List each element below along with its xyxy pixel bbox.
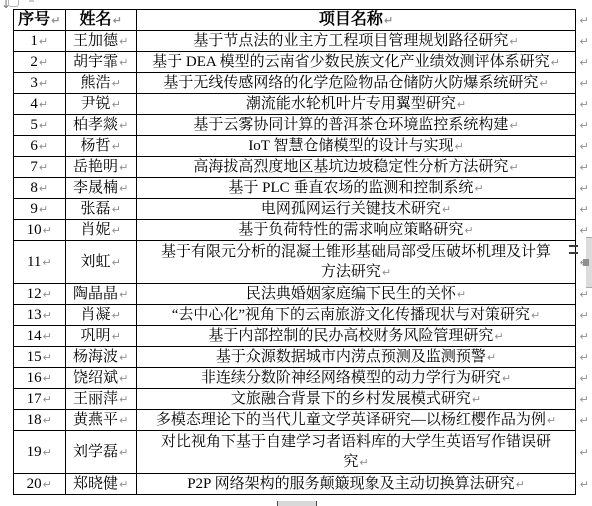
cell-end-mark: ↵ (454, 140, 463, 153)
cell-serial-number-text: 6 (30, 138, 38, 154)
cell-end-mark: ↵ (384, 14, 393, 27)
cell-end-mark: ↵ (39, 119, 48, 132)
cell-name[interactable]: 张磊↵ (65, 199, 136, 220)
row-end-mark-area: ↵ (576, 10, 592, 31)
cell-serial-number[interactable]: 16↵ (14, 368, 66, 389)
cell-end-mark: ↵ (119, 182, 128, 195)
cell-end-mark: ↵ (531, 309, 540, 322)
cell-name-text: 柏孝燚 (73, 117, 118, 133)
cell-end-mark: ↵ (551, 56, 560, 69)
cell-project[interactable]: 文旅融合背景下的乡村发展模式研究↵ (136, 389, 575, 410)
table-row: 8↵李晟楠↵基于 PLC 垂直农场的监测和控制系统↵↵ (14, 178, 592, 199)
cell-name-text: 尹锐 (81, 96, 111, 112)
row-end-mark: ↵ (579, 56, 588, 69)
cell-name[interactable]: 杨海波↵ (65, 347, 136, 368)
row-end-mark: ↵ (579, 35, 588, 48)
cell-end-mark: ↵ (119, 288, 128, 301)
cell-name-text: 陶晶晶 (73, 286, 118, 302)
cell-end-mark: ↵ (494, 330, 503, 343)
cell-end-mark: ↵ (457, 288, 466, 301)
cell-end-mark: ↵ (43, 372, 52, 385)
cell-project[interactable]: 基于 PLC 垂直农场的监测和控制系统↵ (136, 178, 575, 199)
row-end-mark: ↵ (579, 372, 588, 385)
cell-project[interactable]: 基于众源数据城市内涝点预测及监测预警↵ (136, 347, 575, 368)
cell-name-text: 王加德 (73, 33, 118, 49)
cell-serial-number-text: 3 (30, 75, 38, 91)
row-end-mark-area: ↵ (576, 326, 592, 347)
cell-serial-number[interactable]: 20↵ (14, 474, 66, 495)
cell-project-text: 基于众源数据城市内涝点预测及监测预警 (216, 349, 486, 365)
table-row: 15↵杨海波↵基于众源数据城市内涝点预测及监测预警↵↵ (14, 347, 592, 368)
cell-name-text: 刘虹 (81, 254, 111, 270)
row-end-mark: ↵ (579, 203, 588, 216)
cell-serial-number-text: 17 (27, 391, 42, 407)
cell-end-mark: ↵ (474, 182, 483, 195)
cell-serial-number[interactable]: 5↵ (14, 115, 66, 136)
cell-serial-number[interactable]: 9↵ (14, 199, 66, 220)
cell-serial-number-text: 18 (27, 412, 42, 428)
cell-end-mark: ↵ (442, 203, 451, 216)
row-end-mark: ↵ (579, 161, 588, 174)
cell-name[interactable]: 刘学磊↵ (65, 431, 136, 474)
header-project-label: 项目名称 (319, 11, 383, 28)
cell-serial-number[interactable]: 15↵ (14, 347, 66, 368)
cell-end-mark: ↵ (547, 414, 556, 427)
cell-project[interactable]: 多模态理论下的当代儿童文学英译研究—以杨红樱作品为例↵ (136, 410, 575, 431)
header-row: 序号↵ 姓名↵ 项目名称↵ ↵ (14, 10, 592, 31)
cell-name[interactable]: 肖妮↵ (65, 220, 136, 241)
row-end-mark-area: ↵ (576, 178, 592, 199)
cell-end-mark: ↵ (43, 224, 52, 237)
cell-project[interactable]: 基于无线传感网络的化学危险物品仓储防火防爆系统研究↵ (136, 73, 575, 94)
cell-name[interactable]: 熊浩↵ (65, 73, 136, 94)
row-end-mark-area: ↵ (576, 368, 592, 389)
cell-serial-number[interactable]: 2↵ (14, 52, 66, 73)
header-cell-name[interactable]: 姓名↵ (65, 10, 136, 31)
table-row: 6↵杨哲↵IoT 智慧仓储模型的设计与实现↵↵ (14, 136, 592, 157)
cell-name[interactable]: 饶绍斌↵ (65, 368, 136, 389)
row-end-mark: ↵ (579, 330, 588, 343)
cell-name-text: 刘学磊 (73, 444, 118, 460)
artifact-dash (569, 252, 578, 254)
row-end-mark-area: ↵ (576, 115, 592, 136)
cell-project[interactable]: 非连续分数阶神经网络模型的动力学行为研究↵ (136, 368, 575, 389)
cell-project-text: 基于 PLC 垂直农场的监测和控制系统 (228, 180, 473, 196)
cell-serial-number-text: 15 (27, 349, 42, 365)
cell-end-mark: ↵ (119, 161, 128, 174)
table-row: 3↵熊浩↵基于无线传感网络的化学危险物品仓储防火防爆系统研究↵↵ (14, 73, 592, 94)
cell-serial-number-text: 5 (30, 117, 38, 133)
table-row: 20↵郑晓健↵P2P 网络架构的服务颠簸现象及主动切换算法研究↵↵ (14, 474, 592, 495)
scrollbar-handle[interactable] (583, 259, 589, 266)
cell-project[interactable]: 电网孤网运行关键技术研究↵ (136, 199, 575, 220)
cell-end-mark: ↵ (43, 414, 52, 427)
row-end-mark: ↵ (579, 182, 588, 195)
row-end-mark-area: ↵ (576, 199, 592, 220)
cell-serial-number[interactable]: 18↵ (14, 410, 66, 431)
cell-serial-number-text: 4 (30, 96, 38, 112)
cell-name-text: 王丽萍 (73, 391, 118, 407)
cell-end-mark: ↵ (112, 256, 121, 269)
cell-project-text: 基于 DEA 模型的云南省少数民族文化产业绩效测评体系研究 (152, 54, 550, 70)
cell-project[interactable]: P2P 网络架构的服务颠簸现象及主动切换算法研究↵ (136, 474, 575, 495)
cell-end-mark: ↵ (359, 456, 368, 469)
horizontal-scrollbar-fragment[interactable] (277, 501, 317, 506)
cell-name[interactable]: 柏孝燚↵ (65, 115, 136, 136)
cell-end-mark: ↵ (43, 446, 52, 459)
row-end-mark-area: ↵ (576, 157, 592, 178)
cell-serial-number-text: 7 (30, 159, 38, 175)
row-end-mark-area: ↵ (576, 136, 592, 157)
cell-project[interactable]: 基于有限元分析的混凝土锥形基础局部受压破坏机理及计算方法研究↵ (136, 241, 575, 284)
cell-project-text: 基于内部控制的民办高校财务风险管理研究 (208, 328, 493, 344)
cell-serial-number-text: 13 (27, 307, 42, 323)
row-end-mark: ↵ (579, 288, 588, 301)
cell-project-text: P2P 网络架构的服务颠簸现象及主动切换算法研究 (187, 476, 514, 492)
table-move-handle[interactable] (8, 0, 19, 7)
cell-end-mark: ↵ (39, 35, 48, 48)
cell-end-mark: ↵ (119, 393, 128, 406)
cell-end-mark: ↵ (119, 119, 128, 132)
table-row: 12↵陶晶晶↵民法典婚姻家庭编下民生的关怀↵↵ (14, 284, 592, 305)
cell-end-mark: ↵ (39, 98, 48, 111)
cell-project-text: 基于负荷特性的需求响应策略研究 (238, 222, 463, 238)
cell-end-mark: ↵ (516, 478, 525, 491)
cell-project[interactable]: 潮流能水轮机叶片专用翼型研究↵ (136, 94, 575, 115)
cell-end-mark: ↵ (119, 56, 128, 69)
cell-name-text: 李晟楠 (73, 180, 118, 196)
cell-project[interactable]: 基于内部控制的民办高校财务风险管理研究↵ (136, 326, 575, 347)
row-end-mark: ↵ (579, 119, 588, 132)
cell-project-text: “去中心化”视角下的云南旅游文化传播现状与对策研究 (172, 307, 530, 323)
cell-project-text: 对比视角下基于自建学习者语料库的大学生英语写作错误研究 (161, 434, 551, 470)
header-cell-project[interactable]: 项目名称↵ (136, 10, 575, 31)
cell-end-mark: ↵ (43, 478, 52, 491)
cell-project-text: 电网孤网运行关键技术研究 (261, 201, 441, 217)
table-row: 9↵张磊↵电网孤网运行关键技术研究↵↵ (14, 199, 592, 220)
cell-project[interactable]: 基于云雾协同计算的普洱茶仓环境监控系统构建↵ (136, 115, 575, 136)
cell-end-mark: ↵ (464, 224, 473, 237)
cell-serial-number[interactable]: 4↵ (14, 94, 66, 115)
cell-name[interactable]: 王丽萍↵ (65, 389, 136, 410)
row-end-mark-area: ↵ (576, 474, 592, 495)
table-row: 14↵巩明↵基于内部控制的民办高校财务风险管理研究↵↵ (14, 326, 592, 347)
cell-name[interactable]: 李晟楠↵ (65, 178, 136, 199)
row-end-mark: ↵ (580, 478, 589, 491)
row-end-mark: ↵ (579, 98, 588, 111)
cell-end-mark: ↵ (112, 330, 121, 343)
cell-end-mark: ↵ (42, 256, 51, 269)
cell-serial-number[interactable]: 13↵ (14, 305, 66, 326)
cell-serial-number-text: 20 (27, 476, 42, 492)
cell-end-mark: ↵ (112, 224, 121, 237)
cell-name-text: 郑晓健 (73, 476, 118, 492)
cell-end-mark: ↵ (457, 98, 466, 111)
cell-end-mark: ↵ (119, 372, 128, 385)
cell-project-text: 基于云雾协同计算的普洱茶仓环境监控系统构建 (193, 117, 508, 133)
row-end-mark-area: ↵ (576, 52, 592, 73)
cell-end-mark: ↵ (539, 77, 548, 90)
cell-end-mark: ↵ (39, 77, 48, 90)
cell-project[interactable]: 民法典婚姻家庭编下民生的关怀↵ (136, 284, 575, 305)
cell-end-mark: ↵ (39, 140, 48, 153)
cell-end-mark: ↵ (39, 56, 48, 69)
cell-name-text: 熊浩 (81, 75, 111, 91)
cell-name[interactable]: 巩明↵ (65, 326, 136, 347)
row-end-mark-area: ↵ (576, 73, 592, 94)
cell-serial-number[interactable]: 12↵ (14, 284, 66, 305)
cell-name[interactable]: 肖凝↵ (65, 305, 136, 326)
cell-serial-number-text: 16 (27, 370, 42, 386)
row-end-mark-area: ↵ (576, 410, 592, 431)
cell-serial-number[interactable]: 3↵ (14, 73, 66, 94)
cell-name-text: 巩明 (81, 328, 111, 344)
cell-serial-number-text: 2 (30, 54, 38, 70)
cell-end-mark: ↵ (472, 393, 481, 406)
cell-end-mark: ↵ (43, 351, 52, 364)
cell-end-mark: ↵ (487, 351, 496, 364)
cell-end-mark: ↵ (43, 393, 52, 406)
cell-serial-number[interactable]: 7↵ (14, 157, 66, 178)
row-end-mark: ↵ (579, 393, 588, 406)
cell-name-text: 黄燕平 (73, 412, 118, 428)
projects-table: 序号↵ 姓名↵ 项目名称↵ ↵ 1↵王加德↵基于节点法的业主方工程项目管理规划路… (13, 9, 592, 495)
artifact-dash (569, 245, 578, 247)
cell-end-mark: ↵ (509, 119, 518, 132)
cell-name-text: 肖凝 (81, 307, 111, 323)
cell-serial-number-text: 14 (27, 328, 42, 344)
cell-end-mark: ↵ (39, 182, 48, 195)
cell-serial-number[interactable]: 11↵ (14, 241, 66, 284)
header-serial-label: 序号 (18, 11, 50, 28)
cell-name-text: 岳艳明 (73, 159, 118, 175)
cell-name[interactable]: 陶晶晶↵ (65, 284, 136, 305)
row-end-mark: ↵ (579, 309, 588, 322)
cell-end-mark: ↵ (112, 77, 121, 90)
cell-serial-number[interactable]: 1↵ (14, 31, 66, 52)
cell-project-text: IoT 智慧仓储模型的设计与实现 (248, 138, 453, 154)
cell-name[interactable]: 杨哲↵ (65, 136, 136, 157)
cell-serial-number[interactable]: 8↵ (14, 178, 66, 199)
cell-end-mark: ↵ (112, 203, 121, 216)
cell-end-mark: ↵ (51, 14, 60, 27)
cell-name-text: 胡宇霏 (73, 54, 118, 70)
cell-end-mark: ↵ (382, 266, 391, 279)
cell-project[interactable]: 基于负荷特性的需求响应策略研究↵ (136, 220, 575, 241)
cell-project-text: 基于节点法的业主方工程项目管理规划路径研究 (193, 33, 508, 49)
cell-name[interactable]: 王加德↵ (65, 31, 136, 52)
cell-name-text: 杨海波 (73, 349, 118, 365)
row-end-mark-area: ↵ (576, 31, 592, 52)
cell-end-mark: ↵ (39, 161, 48, 174)
table-row: 16↵饶绍斌↵非连续分数阶神经网络模型的动力学行为研究↵↵ (14, 368, 592, 389)
cell-name[interactable]: 胡宇霏↵ (65, 52, 136, 73)
cell-serial-number-text: 19 (27, 444, 42, 460)
cell-end-mark: ↵ (113, 14, 122, 27)
cell-project-text: 基于无线传感网络的化学危险物品仓储防火防爆系统研究 (163, 75, 538, 91)
cell-name[interactable]: 郑晓健↵ (65, 474, 136, 495)
cell-project[interactable]: 高海拔高烈度地区基坑边坡稳定性分析方法研究↵ (136, 157, 575, 178)
cell-project[interactable]: 对比视角下基于自建学习者语料库的大学生英语写作错误研究↵ (136, 431, 575, 474)
cell-project-text: 潮流能水轮机叶片专用翼型研究 (246, 96, 456, 112)
cell-end-mark: ↵ (509, 35, 518, 48)
row-end-mark-area: ↵ (576, 305, 592, 326)
table-row: 2↵胡宇霏↵基于 DEA 模型的云南省少数民族文化产业绩效测评体系研究↵↵ (14, 52, 592, 73)
cell-project-text: 多模态理论下的当代儿童文学英译研究—以杨红樱作品为例 (156, 412, 546, 428)
cell-end-mark: ↵ (112, 309, 121, 322)
table-row: 11↵刘虹↵基于有限元分析的混凝土锥形基础局部受压破坏机理及计算方法研究↵↵ (14, 241, 592, 284)
cell-end-mark: ↵ (119, 478, 128, 491)
cell-serial-number[interactable]: 17↵ (14, 389, 66, 410)
cell-end-mark: ↵ (43, 309, 52, 322)
cell-end-mark: ↵ (509, 161, 518, 174)
cell-end-mark: ↵ (112, 98, 121, 111)
cell-name[interactable]: 尹锐↵ (65, 94, 136, 115)
table-row: 10↵肖妮↵基于负荷特性的需求响应策略研究↵↵ (14, 220, 592, 241)
table-row: 13↵肖凝↵“去中心化”视角下的云南旅游文化传播现状与对策研究↵↵ (14, 305, 592, 326)
table-row: 18↵黄燕平↵多模态理论下的当代儿童文学英译研究—以杨红樱作品为例↵↵ (14, 410, 592, 431)
cell-project-text: 文旅融合背景下的乡村发展模式研究 (231, 391, 471, 407)
cell-end-mark: ↵ (119, 35, 128, 48)
row-end-mark-area: ↵ (576, 94, 592, 115)
cell-serial-number[interactable]: 6↵ (14, 136, 66, 157)
row-end-mark: ↵ (579, 77, 588, 90)
cell-serial-number[interactable]: 10↵ (14, 220, 66, 241)
row-end-mark-area: ↵ (576, 431, 592, 474)
header-name-label: 姓名 (80, 11, 112, 28)
cell-name-text: 张磊 (81, 201, 111, 217)
table-row: 17↵王丽萍↵文旅融合背景下的乡村发展模式研究↵↵ (14, 389, 592, 410)
cell-name-text: 杨哲 (81, 138, 111, 154)
table-row: 1↵王加德↵基于节点法的业主方工程项目管理规划路径研究↵↵ (14, 31, 592, 52)
cell-end-mark: ↵ (39, 203, 48, 216)
cell-name[interactable]: 黄燕平↵ (65, 410, 136, 431)
header-cell-serial[interactable]: 序号↵ (14, 10, 66, 31)
cell-project-text: 非连续分数阶神经网络模型的动力学行为研究 (201, 370, 501, 386)
row-end-mark: ↵ (579, 14, 588, 27)
table-row: 4↵尹锐↵潮流能水轮机叶片专用翼型研究↵↵ (14, 94, 592, 115)
cell-serial-number-text: 8 (30, 180, 38, 196)
cell-end-mark: ↵ (119, 446, 128, 459)
cell-name-text: 饶绍斌 (73, 370, 118, 386)
row-end-mark: ↵ (579, 224, 588, 237)
cell-end-mark: ↵ (502, 372, 511, 385)
cell-end-mark: ↵ (119, 414, 128, 427)
row-end-mark-area: ↵ (576, 389, 592, 410)
ruler-tick (29, 0, 34, 2)
row-end-mark: ↵ (579, 414, 588, 427)
row-end-mark: ↵ (579, 140, 588, 153)
cell-serial-number-text: 12 (27, 286, 42, 302)
cell-serial-number-text: 10 (27, 222, 42, 238)
cell-end-mark: ↵ (43, 330, 52, 343)
table-row: 5↵柏孝燚↵基于云雾协同计算的普洱茶仓环境监控系统构建↵↵ (14, 115, 592, 136)
cell-serial-number-text: 11 (27, 254, 41, 270)
row-end-mark: ↵ (579, 351, 588, 364)
cell-project-text: 基于有限元分析的混凝土锥形基础局部受压破坏机理及计算方法研究 (161, 244, 551, 280)
cell-end-mark: ↵ (43, 288, 52, 301)
cell-project[interactable]: 基于节点法的业主方工程项目管理规划路径研究↵ (136, 31, 575, 52)
cell-serial-number[interactable]: 14↵ (14, 326, 66, 347)
cell-end-mark: ↵ (112, 140, 121, 153)
cell-name-text: 肖妮 (81, 222, 111, 238)
cell-serial-number-text: 9 (30, 201, 38, 217)
cell-name[interactable]: 刘虹↵ (65, 241, 136, 284)
cell-project[interactable]: 基于 DEA 模型的云南省少数民族文化产业绩效测评体系研究↵ (136, 52, 575, 73)
cell-end-mark: ↵ (119, 351, 128, 364)
row-end-mark: ↵ (579, 446, 588, 459)
cell-project[interactable]: IoT 智慧仓储模型的设计与实现↵ (136, 136, 575, 157)
cell-serial-number[interactable]: 19↵ (14, 431, 66, 474)
row-end-mark-area: ↵ (576, 347, 592, 368)
cell-serial-number-text: 1 (30, 33, 38, 49)
cell-project-text: 民法典婚姻家庭编下民生的关怀 (246, 286, 456, 302)
cell-project[interactable]: “去中心化”视角下的云南旅游文化传播现状与对策研究↵ (136, 305, 575, 326)
table-row: 19↵刘学磊↵对比视角下基于自建学习者语料库的大学生英语写作错误研究↵↵ (14, 431, 592, 474)
cell-project-text: 高海拔高烈度地区基坑边坡稳定性分析方法研究 (193, 159, 508, 175)
cell-name[interactable]: 岳艳明↵ (65, 157, 136, 178)
table-row: 7↵岳艳明↵高海拔高烈度地区基坑边坡稳定性分析方法研究↵↵ (14, 157, 592, 178)
